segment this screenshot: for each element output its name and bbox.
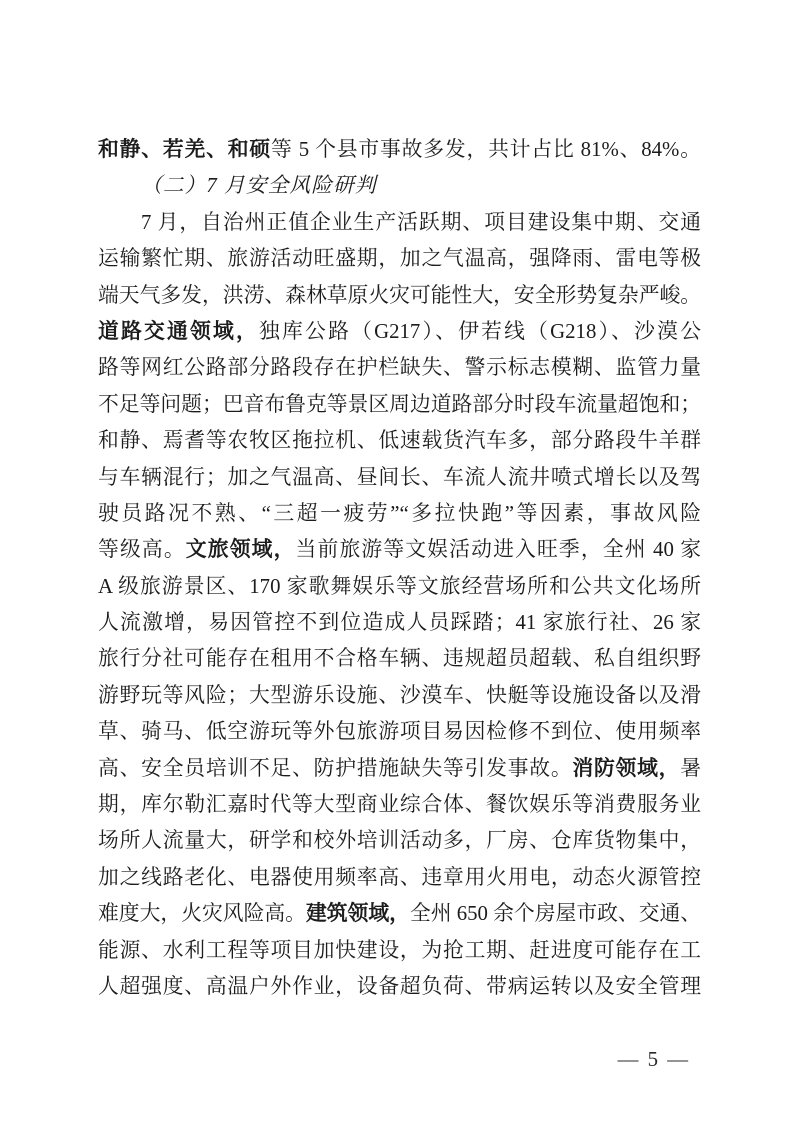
body-line-5: 端天气多发，洪涝、森林草原火灾可能性大，安全形势复杂严峻。 — [98, 278, 701, 314]
bold-section-label: 文旅领域， — [186, 538, 296, 561]
text-segment: 难度大，火灾风险高。 — [98, 902, 306, 925]
text-segment: 场所人流量大，研学和校外培训活动多，厂房、仓库货物集中， — [98, 829, 701, 852]
text-segment: A 级旅游景区、170 家歌舞娱乐等文旅经营场所和公共文化场所 — [98, 575, 701, 598]
para-counties-line-1: 和静、若羌、和硕等 5 个县市事故多发，共计占比 81%、84%。 — [98, 132, 701, 168]
text-segment: 端天气多发，洪涝、森林草原火灾可能性大，安全形势复杂严峻。 — [98, 284, 701, 307]
body-line-4: 运输繁忙期、旅游活动旺盛期，加之气温高，强降雨、雷电等极 — [98, 241, 701, 277]
text-segment: 旅行分社可能存在租用不合格车辆、违规超员超载、私自组织野 — [98, 647, 701, 670]
text-segment: 草、骑马、低空游玩等外包旅游项目易因检修不到位、使用频率 — [98, 720, 701, 743]
text-segment: 当前旅游等文娱活动进入旺季，全州 40 家 — [296, 538, 701, 561]
text-segment: 人流激增，易因管控不到位造成人员踩踏；41 家旅行社、26 家 — [98, 611, 701, 634]
body-line-16: 游野玩等风险；大型游乐设施、沙漠车、快艇等设施设备以及滑 — [98, 678, 701, 714]
body-line-23: 能源、水利工程等项目加快建设，为抢工期、赶进度可能存在工 — [98, 933, 701, 969]
page-background: 和静、若羌、和硕等 5 个县市事故多发，共计占比 81%、84%。（二）7 月安… — [0, 0, 793, 1122]
body-line-21: 加之线路老化、电器使用频率高、违章用火用电，动态火源管控 — [98, 860, 701, 896]
text-segment: 驶员路况不熟、“三超一疲劳”“多拉快跑”等因素，事故风险 — [98, 502, 701, 525]
body-line-15: 旅行分社可能存在租用不合格车辆、违规超员超载、私自组织野 — [98, 641, 701, 677]
body-line-18: 高、安全员培训不足、防护措施缺失等引发事故。消防领域，暑 — [98, 751, 701, 787]
text-segment: 加之线路老化、电器使用频率高、违章用火用电，动态火源管控 — [98, 866, 701, 889]
page-number: — 5 — — [618, 1045, 690, 1075]
body-line-22: 难度大，火灾风险高。建筑领域，全州 650 余个房屋市政、交通、 — [98, 896, 701, 932]
body-line-10: 与车辆混行；加之气温高、昼间长、车流人流井喷式增长以及驾 — [98, 460, 701, 496]
body-line-3: 7 月，自治州正值企业生产活跃期、项目建设集中期、交通 — [98, 205, 701, 241]
body-line-14: 人流激增，易因管控不到位造成人员踩踏；41 家旅行社、26 家 — [98, 605, 701, 641]
text-segment: 全州 650 余个房屋市政、交通、 — [410, 902, 701, 925]
body-line-9: 和静、焉耆等农牧区拖拉机、低速载货汽车多，部分路段牛羊群 — [98, 423, 701, 459]
kai-heading-text: （二）7 月安全风险研判 — [141, 174, 377, 197]
text-segment: 能源、水利工程等项目加快建设，为抢工期、赶进度可能存在工 — [98, 939, 701, 962]
text-segment: 人超强度、高温户外作业，设备超负荷、带病运转以及安全管理 — [98, 975, 701, 998]
subsection-heading-2: （二）7 月安全风险研判 — [98, 168, 701, 204]
body-line-7: 路等网红公路部分路段存在护栏缺失、警示标志模糊、监管力量 — [98, 350, 701, 386]
text-segment: 独库公路（G217）、伊若线（G218）、沙漠公 — [259, 320, 701, 343]
text-segment: 和静、焉耆等农牧区拖拉机、低速载货汽车多，部分路段牛羊群 — [98, 429, 701, 452]
body-line-24: 人超强度、高温户外作业，设备超负荷、带病运转以及安全管理 — [98, 969, 701, 1005]
text-segment: 期，库尔勒汇嘉时代等大型商业综合体、餐饮娱乐等消费服务业 — [98, 793, 701, 816]
body-line-12: 等级高。文旅领域，当前旅游等文娱活动进入旺季，全州 40 家 — [98, 532, 701, 568]
text-segment: 等级高。 — [98, 538, 186, 561]
body-line-19: 期，库尔勒汇嘉时代等大型商业综合体、餐饮娱乐等消费服务业 — [98, 787, 701, 823]
body-line-8: 不足等问题；巴音布鲁克等景区周边道路部分时段车流量超饱和； — [98, 387, 701, 423]
document-page: { "page": { "background_color": "#ffffff… — [0, 0, 793, 1122]
bold-section-label: 和静、若羌、和硕 — [98, 138, 271, 161]
body-line-13: A 级旅游景区、170 家歌舞娱乐等文旅经营场所和公共文化场所 — [98, 569, 701, 605]
body-line-20: 场所人流量大，研学和校外培训活动多，厂房、仓库货物集中， — [98, 823, 701, 859]
bold-section-label: 消防领域， — [572, 757, 680, 780]
text-segment: 暑 — [680, 757, 701, 780]
body-text: 和静、若羌、和硕等 5 个县市事故多发，共计占比 81%、84%。（二）7 月安… — [98, 132, 701, 1005]
text-segment: 7 月，自治州正值企业生产活跃期、项目建设集中期、交通 — [141, 211, 701, 234]
text-segment: 与车辆混行；加之气温高、昼间长、车流人流井喷式增长以及驾 — [98, 466, 701, 489]
text-segment: 游野玩等风险；大型游乐设施、沙漠车、快艇等设施设备以及滑 — [98, 684, 701, 707]
bold-section-label: 道路交通领域， — [98, 320, 259, 343]
body-line-11: 驶员路况不熟、“三超一疲劳”“多拉快跑”等因素，事故风险 — [98, 496, 701, 532]
text-segment: 运输繁忙期、旅游活动旺盛期，加之气温高，强降雨、雷电等极 — [98, 247, 701, 270]
text-segment: 不足等问题；巴音布鲁克等景区周边道路部分时段车流量超饱和； — [98, 393, 701, 416]
text-segment: 等 5 个县市事故多发，共计占比 81%、84%。 — [271, 138, 701, 161]
body-line-6: 道路交通领域，独库公路（G217）、伊若线（G218）、沙漠公 — [98, 314, 701, 350]
bold-section-label: 建筑领域， — [306, 902, 410, 925]
body-line-17: 草、骑马、低空游玩等外包旅游项目易因检修不到位、使用频率 — [98, 714, 701, 750]
text-segment: 路等网红公路部分路段存在护栏缺失、警示标志模糊、监管力量 — [98, 356, 701, 379]
text-segment: 高、安全员培训不足、防护措施缺失等引发事故。 — [98, 757, 572, 780]
